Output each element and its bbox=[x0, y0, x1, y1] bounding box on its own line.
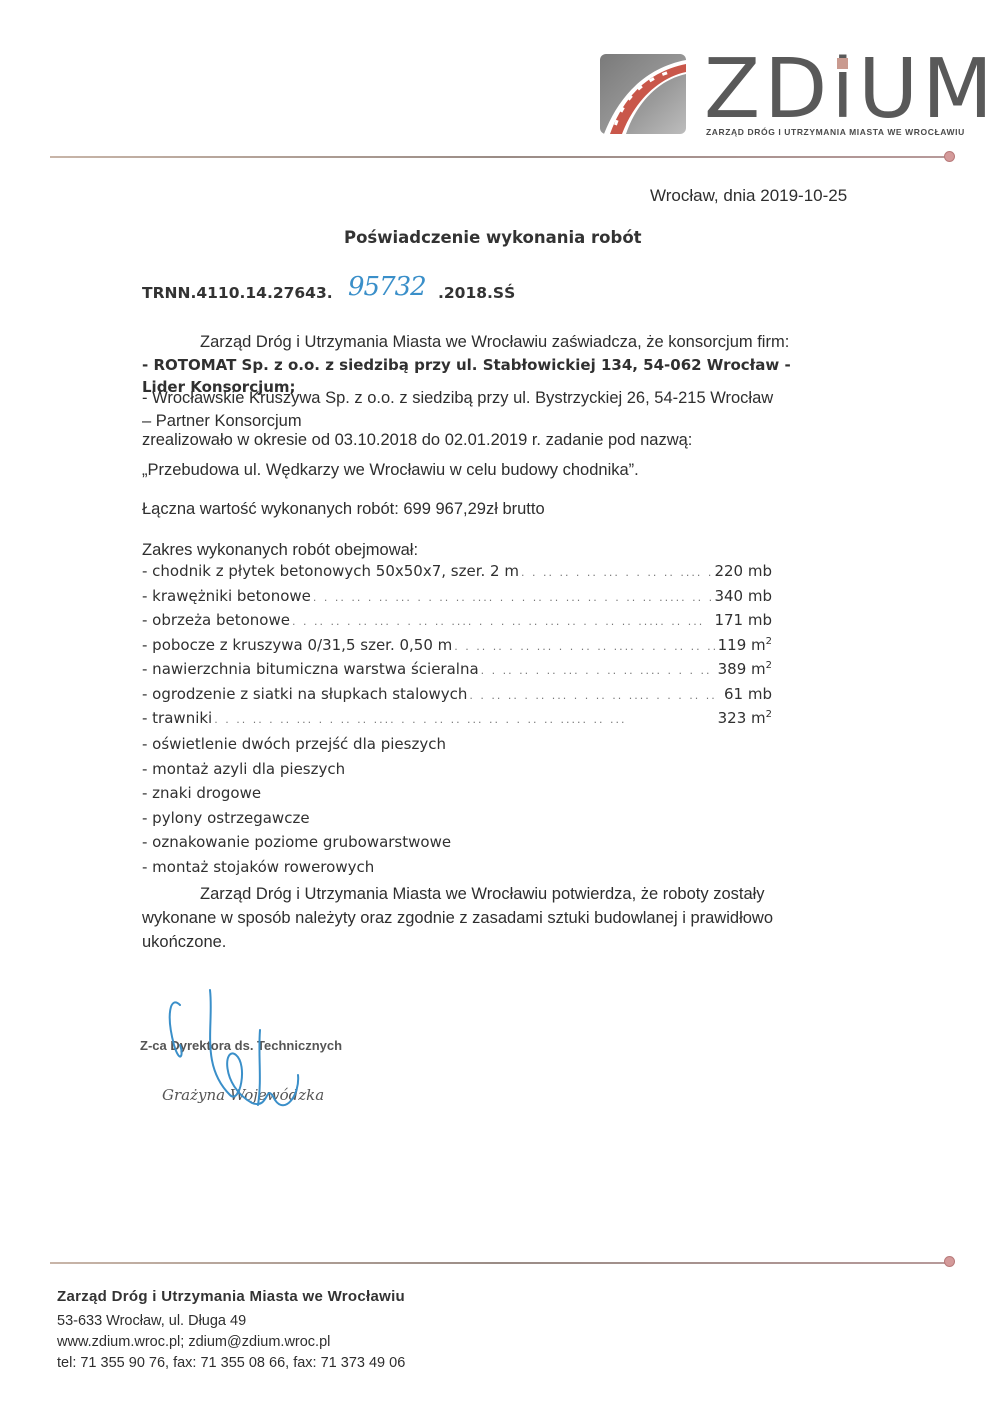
header-divider-dot bbox=[944, 151, 955, 162]
leader-dots: . . .. .. . .. ... . . .. .. .... . . . … bbox=[313, 591, 713, 604]
leader-dots: . . .. .. . .. ... . . .. .. .... . . . … bbox=[469, 689, 722, 702]
scope-item-quantity: 171 mb bbox=[714, 611, 772, 629]
header-divider bbox=[50, 156, 948, 158]
scope-measured-list: - chodnik z płytek betonowych 50x50x7, s… bbox=[142, 562, 772, 734]
logo-subtitle: ZARZĄD DRÓG I UTRZYMANIA MIASTA WE WROCŁ… bbox=[706, 127, 965, 137]
leader-line-1: - ROTOMAT Sp. z o.o. z siedzibą przy ul.… bbox=[142, 356, 791, 374]
task-name: „Przebudowa ul. Wędkarzy we Wrocławiu w … bbox=[142, 461, 639, 480]
scope-item-label: - obrzeża betonowe bbox=[142, 611, 290, 629]
reference-handwritten-number: 95732 bbox=[348, 272, 426, 302]
scope-item: - pobocze z kruszywa 0/31,5 szer. 0,50 m… bbox=[142, 636, 772, 661]
scope-item: - obrzeża betonowe. . .. .. . .. ... . .… bbox=[142, 611, 772, 636]
scope-item: - trawniki. . .. .. . .. ... . . .. .. .… bbox=[142, 709, 772, 734]
total-value: Łączna wartość wykonanych robót: 699 967… bbox=[142, 500, 545, 519]
road-logo-icon bbox=[600, 54, 686, 134]
period-text: zrealizowało w okresie od 03.10.2018 do … bbox=[142, 431, 692, 450]
scope-item-quantity: 220 mb bbox=[714, 562, 772, 580]
scope-item: - montaż azyli dla pieszych bbox=[142, 760, 451, 785]
partner-line-2: – Partner Konsorcjum bbox=[142, 412, 302, 431]
scope-item: - znaki drogowe bbox=[142, 784, 451, 809]
logo-wordmark: ZDiUM bbox=[704, 40, 997, 140]
scope-item: - ogrodzenie z siatki na słupkach stalow… bbox=[142, 685, 772, 710]
scope-item-quantity: 340 mb bbox=[714, 587, 772, 605]
footer-address: 53-633 Wrocław, ul. Długa 49 bbox=[57, 1313, 246, 1329]
partner-line-1: - Wrocławskie Kruszywa Sp. z o.o. z sied… bbox=[142, 389, 773, 408]
footer-divider bbox=[50, 1262, 948, 1264]
reference-suffix: .2018.SŚ bbox=[438, 284, 515, 302]
document-title: Poświadczenie wykonania robót bbox=[344, 228, 642, 247]
footer-web-email[interactable]: www.zdium.wroc.pl; zdium@zdium.wroc.pl bbox=[57, 1334, 330, 1350]
scope-item: - oznakowanie poziome grubowarstwowe bbox=[142, 833, 451, 858]
scope-item: - oświetlenie dwóch przejść dla pieszych bbox=[142, 735, 451, 760]
scope-item: - nawierzchnia bitumiczna warstwa ściera… bbox=[142, 660, 772, 685]
handwritten-signature bbox=[140, 985, 380, 1135]
scope-item-label: - ogrodzenie z siatki na słupkach stalow… bbox=[142, 685, 467, 703]
scope-item-label: - nawierzchnia bitumiczna warstwa ściera… bbox=[142, 660, 479, 678]
scope-item: - montaż stojaków rowerowych bbox=[142, 858, 451, 883]
scope-item-label: - chodnik z płytek betonowych 50x50x7, s… bbox=[142, 562, 519, 580]
place-date: Wrocław, dnia 2019-10-25 bbox=[650, 186, 847, 206]
leader-dots: . . .. .. . .. ... . . .. .. .... . . . … bbox=[214, 713, 715, 726]
scope-item-quantity: 389 m2 bbox=[718, 660, 772, 678]
footer-phones: tel: 71 355 90 76, fax: 71 355 08 66, fa… bbox=[57, 1355, 405, 1371]
scope-item-quantity: 323 m2 bbox=[718, 709, 772, 727]
leader-dots: . . .. .. . .. ... . . .. .. .... . . . … bbox=[481, 664, 716, 677]
reference-prefix: TRNN.4110.14.27643. bbox=[142, 284, 333, 302]
leader-dots: . . .. .. . .. ... . . .. .. .... . . . … bbox=[521, 566, 712, 579]
leader-dots: . . .. .. . .. ... . . .. .. .... . . . … bbox=[454, 640, 715, 653]
scope-item-quantity: 61 mb bbox=[724, 685, 772, 703]
scope-item-label: - pobocze z kruszywa 0/31,5 szer. 0,50 m bbox=[142, 636, 452, 654]
scope-item-label: - trawniki bbox=[142, 709, 212, 727]
confirmation-line-3: ukończone. bbox=[142, 933, 226, 952]
confirmation-line-1: Zarząd Dróg i Utrzymania Miasta we Wrocł… bbox=[200, 885, 765, 904]
scope-item-quantity: 119 m2 bbox=[718, 636, 772, 654]
scope-item: - chodnik z płytek betonowych 50x50x7, s… bbox=[142, 562, 772, 587]
scope-item: - pylony ostrzegawcze bbox=[142, 809, 451, 834]
footer-org-name: Zarząd Dróg i Utrzymania Miasta we Wrocł… bbox=[57, 1288, 405, 1305]
leader-dots: . . .. .. . .. ... . . .. .. .... . . . … bbox=[292, 615, 712, 628]
footer-divider-dot bbox=[944, 1256, 955, 1267]
scope-heading: Zakres wykonanych robót obejmował: bbox=[142, 541, 418, 560]
scope-other-list: - oświetlenie dwóch przejść dla pieszych… bbox=[142, 735, 451, 882]
confirmation-line-2: wykonane w sposób należyty oraz zgodnie … bbox=[142, 909, 773, 928]
logo-i-dot bbox=[837, 58, 848, 69]
scope-item: - krawężniki betonowe. . .. .. . .. ... … bbox=[142, 587, 772, 612]
scope-item-label: - krawężniki betonowe bbox=[142, 587, 311, 605]
intro-text: Zarząd Dróg i Utrzymania Miasta we Wrocł… bbox=[200, 333, 789, 352]
